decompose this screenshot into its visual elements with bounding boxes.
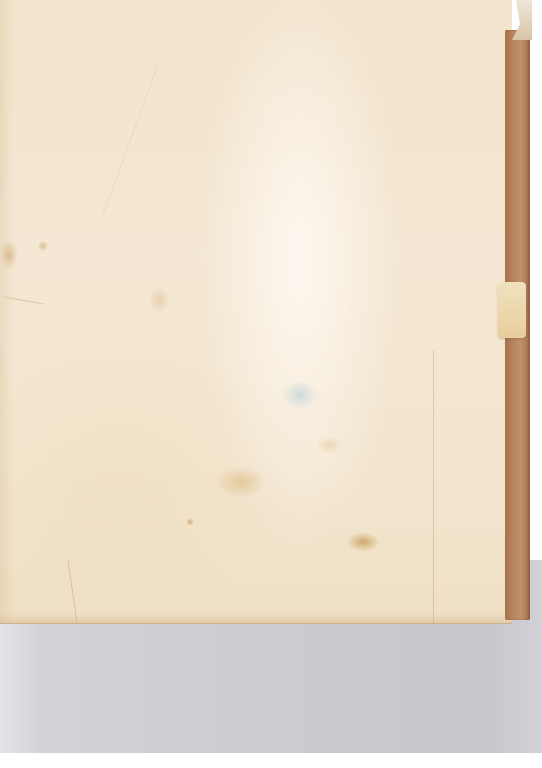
stain-center bbox=[316, 436, 342, 454]
stain-mid bbox=[148, 286, 170, 314]
crease-upper bbox=[103, 65, 159, 216]
crease-vertical-right bbox=[433, 350, 434, 623]
water-stain-left-edge bbox=[0, 240, 18, 270]
spine-top-tear bbox=[512, 0, 532, 40]
scanned-page-image bbox=[0, 0, 542, 768]
blue-ink-smudge bbox=[282, 380, 318, 410]
crease-left-edge bbox=[4, 297, 44, 305]
crease-bottom-left bbox=[68, 560, 78, 623]
water-stain-large bbox=[215, 466, 267, 498]
stain-top-left bbox=[38, 240, 48, 252]
water-stain-small bbox=[346, 532, 380, 552]
stain-dot bbox=[186, 518, 194, 526]
spine-paper-patch bbox=[498, 282, 526, 338]
paper-page bbox=[0, 0, 512, 623]
